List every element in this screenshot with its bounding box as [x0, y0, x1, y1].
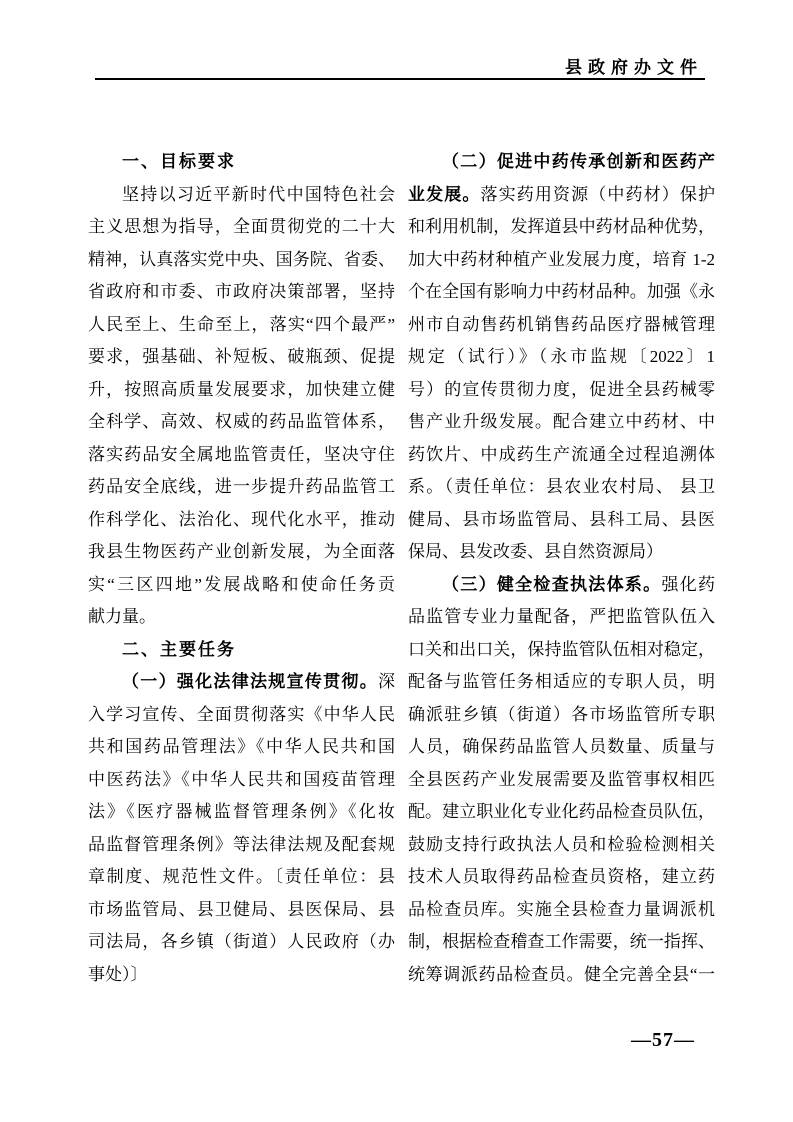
text-line: 主义思想为指导，全面贯彻党的二十大 — [88, 211, 395, 244]
text-run: 加大中药材种植产业发展力度，培育 1-2 — [408, 250, 715, 269]
text-run: 升，按照高质量发展要求，加快建立健 — [88, 380, 395, 399]
text-run: 配备与监管任务相适应的专职人员，明 — [408, 672, 715, 691]
text-run: 深 — [378, 672, 395, 691]
text-line: 鼓励支持行政执法人员和检验检测相关 — [408, 829, 715, 862]
text-run: 鼓励支持行政执法人员和检验检测相关 — [408, 835, 715, 854]
text-run: 系。（责任单位：县农业农村局、 县卫 — [408, 477, 715, 496]
text-run: 健局、县市场监管局、县科工局、县医 — [408, 510, 715, 529]
text-line: 技术人员取得药品检查员资格，建立药 — [408, 861, 715, 894]
text-line: 保局、县发改委、县自然资源局） — [408, 536, 715, 569]
text-line: 精神，认真落实党中央、国务院、省委、 — [88, 244, 395, 277]
text-line: 事处）〕 — [88, 959, 395, 992]
text-run: 品检查员库。实施全县检查力量调派机 — [408, 900, 715, 919]
text-run: 实“三区四地”发展战略和使命任务贡 — [88, 575, 395, 594]
text-run: 个在全国有影响力中药材品种。加强《永 — [408, 282, 715, 301]
text-run: 法》《医疗器械监督管理条例》《化妆 — [88, 802, 395, 821]
text-line: 和利用机制，发挥道县中药材品种优势， — [408, 211, 715, 244]
text-line: 药饮片、中成药生产流通全过程追溯体 — [408, 439, 715, 472]
text-line: 号）的宣传贯彻力度，促进全县药械零 — [408, 374, 715, 407]
text-line: 升，按照高质量发展要求，加快建立健 — [88, 374, 395, 407]
text-line: 实“三区四地”发展战略和使命任务贡 — [88, 569, 395, 602]
text-line: 配。建立职业化专业化药品检查员队伍， — [408, 796, 715, 829]
text-run: 技术人员取得药品检查员资格，建立药 — [408, 867, 715, 886]
text-line: 我县生物医药产业创新发展，为全面落 — [88, 536, 395, 569]
text-run: 市场监管局、县卫健局、县医保局、县 — [88, 900, 395, 919]
header-rule — [95, 78, 705, 80]
text-run: 药品安全底线，进一步提升药品监管工 — [88, 477, 395, 496]
text-run: 献力量。 — [88, 607, 156, 626]
text-line: 献力量。 — [88, 601, 395, 634]
text-column-left: 一、目标要求坚持以习近平新时代中国特色社会主义思想为指导，全面贯彻党的二十大精神… — [88, 146, 395, 991]
text-line: 入学习宣传、全面贯彻落实《中华人民 — [88, 699, 395, 732]
text-run: 坚持以习近平新时代中国特色社会 — [122, 185, 395, 204]
text-run: 人民至上、生命至上，落实“四个最严” — [88, 315, 395, 334]
text-run: 司法局，各乡镇（街道）人民政府（办 — [88, 932, 395, 951]
text-line: （一）强化法律法规宣传贯彻。深 — [88, 666, 395, 699]
text-run: 州市自动售药机销售药品医疗器械管理 — [408, 315, 715, 334]
text-run: 要求，强基础、补短板、破瓶颈、促提 — [88, 347, 395, 366]
text-run: 制，根据检查稽查工作需要，统一指挥、 — [408, 932, 715, 951]
text-line: 章制度、规范性文件。〔责任单位：县 — [88, 861, 395, 894]
text-run: 全科学、高效、权威的药品监管体系， — [88, 412, 395, 431]
text-run: 强化药 — [661, 575, 715, 594]
text-run: 二、主要任务 — [122, 640, 236, 659]
text-line: 落实药品安全属地监管责任，坚决守住 — [88, 439, 395, 472]
text-run: 确派驻乡镇（街道）各市场监管所专职 — [408, 705, 715, 724]
text-line: 品监督管理条例》等法律法规及配套规 — [88, 829, 395, 862]
text-run: 保局、县发改委、县自然资源局） — [408, 542, 663, 561]
text-run: 统筹调派药品检查员。健全完善全县“一 — [408, 965, 715, 984]
text-line: 品监管专业力量配备，严把监管队伍入 — [408, 601, 715, 634]
text-run: 中医药法》《中华人民共和国疫苗管理 — [88, 770, 395, 789]
text-line: 系。（责任单位：县农业农村局、 县卫 — [408, 471, 715, 504]
text-line: 全县医药产业发展需要及监管事权相匹 — [408, 764, 715, 797]
text-line: 药品安全底线，进一步提升药品监管工 — [88, 471, 395, 504]
text-line: 配备与监管任务相适应的专职人员，明 — [408, 666, 715, 699]
text-run: 入学习宣传、全面贯彻落实《中华人民 — [88, 705, 395, 724]
section-heading: 一、目标要求 — [88, 146, 395, 179]
text-line: （三）健全检查执法体系。强化药 — [408, 569, 715, 602]
text-run: 人员，确保药品监管人员数量、质量与 — [408, 737, 715, 756]
text-line: 司法局，各乡镇（街道）人民政府（办 — [88, 926, 395, 959]
text-line: 省政府和市委、市政府决策部署，坚持 — [88, 276, 395, 309]
text-line: （二）促进中药传承创新和医药产 — [408, 146, 715, 179]
text-run: 省政府和市委、市政府决策部署，坚持 — [88, 282, 395, 301]
text-run: 售产业升级发展。配合建立中药材、中 — [408, 412, 715, 431]
text-line: 确派驻乡镇（街道）各市场监管所专职 — [408, 699, 715, 732]
text-run: 号）的宣传贯彻力度，促进全县药械零 — [408, 380, 715, 399]
text-run: 作科学化、法治化、现代化水平，推动 — [88, 510, 395, 529]
text-line: 人员，确保药品监管人员数量、质量与 — [408, 731, 715, 764]
text-run: 事处）〕 — [88, 965, 148, 984]
text-line: 州市自动售药机销售药品医疗器械管理 — [408, 309, 715, 342]
text-column-right: （二）促进中药传承创新和医药产业发展。落实药用资源（中药材）保护和利用机制，发挥… — [408, 146, 715, 991]
text-line: 健局、县市场监管局、县科工局、县医 — [408, 504, 715, 537]
document-page: 县政府办文件 一、目标要求坚持以习近平新时代中国特色社会主义思想为指导，全面贯彻… — [0, 0, 793, 1122]
section-heading: 二、主要任务 — [88, 634, 395, 667]
text-line: 法》《医疗器械监督管理条例》《化妆 — [88, 796, 395, 829]
text-run: 规定（试行）》（永市监规〔2022〕1 — [408, 347, 715, 366]
bold-text-run: （二）促进中药传承创新和医药产 — [442, 152, 715, 171]
page-number: —57— — [598, 1029, 728, 1052]
text-run: 精神，认真落实党中央、国务院、省委、 — [88, 250, 395, 269]
text-line: 坚持以习近平新时代中国特色社会 — [88, 179, 395, 212]
document-header-title: 县政府办文件 — [95, 53, 703, 78]
text-run: 品监督管理条例》等法律法规及配套规 — [88, 835, 395, 854]
text-run: 共和国药品管理法》《中华人民共和国 — [88, 737, 395, 756]
text-line: 制，根据检查稽查工作需要，统一指挥、 — [408, 926, 715, 959]
text-line: 中医药法》《中华人民共和国疫苗管理 — [88, 764, 395, 797]
text-run: 口关和出口关，保持监管队伍相对稳定， — [408, 640, 715, 659]
text-line: 共和国药品管理法》《中华人民共和国 — [88, 731, 395, 764]
text-run: 药饮片、中成药生产流通全过程追溯体 — [408, 445, 715, 464]
text-run: 全县医药产业发展需要及监管事权相匹 — [408, 770, 715, 789]
text-run: 我县生物医药产业创新发展，为全面落 — [88, 542, 395, 561]
text-run: 和利用机制，发挥道县中药材品种优势， — [408, 217, 715, 236]
text-line: 全科学、高效、权威的药品监管体系， — [88, 406, 395, 439]
text-run: 落实药用资源（中药材）保护 — [481, 185, 716, 204]
text-line: 口关和出口关，保持监管队伍相对稳定， — [408, 634, 715, 667]
text-line: 人民至上、生命至上，落实“四个最严” — [88, 309, 395, 342]
bold-text-run: （一）强化法律法规宣传贯彻。 — [122, 672, 378, 691]
text-line: 品检查员库。实施全县检查力量调派机 — [408, 894, 715, 927]
text-line: 统筹调派药品检查员。健全完善全县“一 — [408, 959, 715, 992]
bold-text-run: 业发展。 — [408, 185, 481, 204]
text-line: 市场监管局、县卫健局、县医保局、县 — [88, 894, 395, 927]
text-run: 落实药品安全属地监管责任，坚决守住 — [88, 445, 395, 464]
text-run: 品监管专业力量配备，严把监管队伍入 — [408, 607, 715, 626]
text-line: 规定（试行）》（永市监规〔2022〕1 — [408, 341, 715, 374]
text-line: 售产业升级发展。配合建立中药材、中 — [408, 406, 715, 439]
text-run: 一、目标要求 — [122, 152, 236, 171]
text-line: 业发展。落实药用资源（中药材）保护 — [408, 179, 715, 212]
text-run: 章制度、规范性文件。〔责任单位：县 — [88, 867, 395, 886]
text-line: 个在全国有影响力中药材品种。加强《永 — [408, 276, 715, 309]
text-line: 加大中药材种植产业发展力度，培育 1-2 — [408, 244, 715, 277]
bold-text-run: （三）健全检查执法体系。 — [442, 575, 661, 594]
text-line: 要求，强基础、补短板、破瓶颈、促提 — [88, 341, 395, 374]
text-run: 配。建立职业化专业化药品检查员队伍， — [408, 802, 715, 821]
text-run: 主义思想为指导，全面贯彻党的二十大 — [88, 217, 395, 236]
text-line: 作科学化、法治化、现代化水平，推动 — [88, 504, 395, 537]
